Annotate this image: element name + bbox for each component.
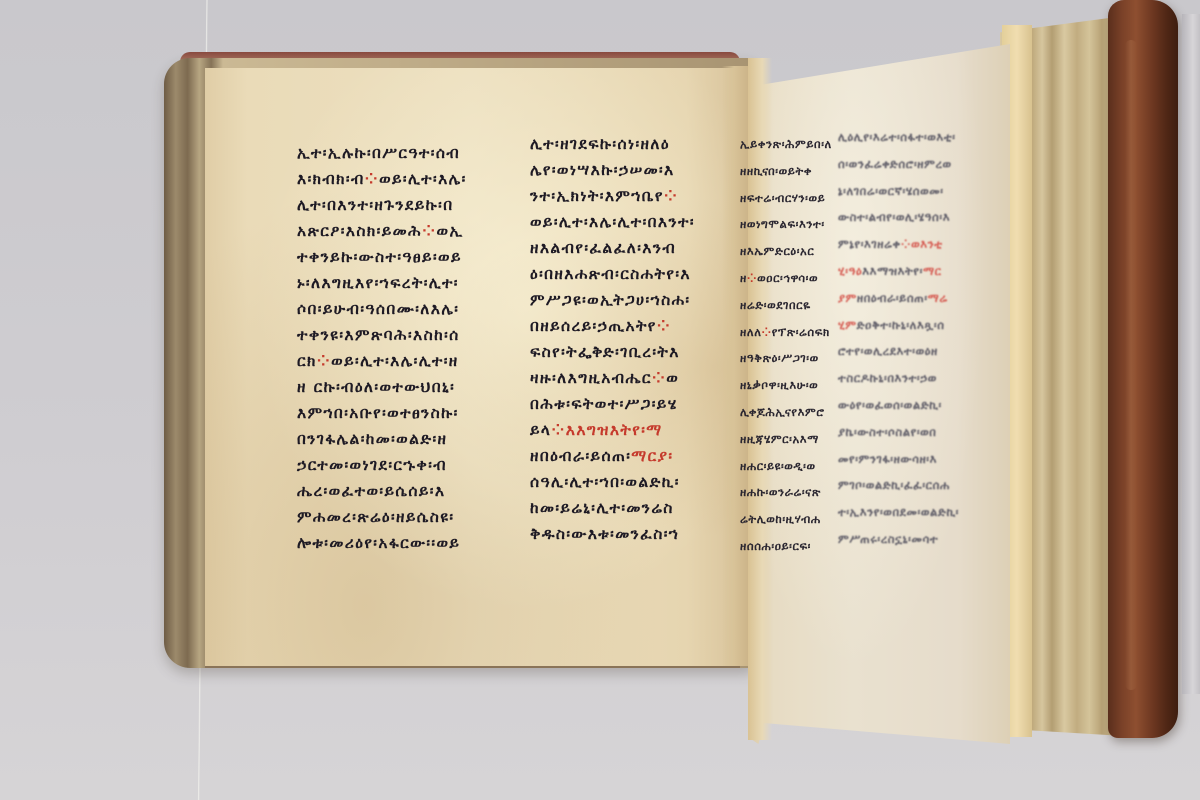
rubric-text: ሂ፡ዓዕ — [838, 264, 862, 278]
text-line: ኢይቀንጽ፡ሕምይበ፡ለ — [740, 131, 832, 158]
line-text: ሌየ፡ወነሣእኩ፡ኃሠመ፡እ — [530, 161, 675, 179]
rubric-text: ሂም — [838, 318, 857, 332]
text-column-c: ኢይቀንጽ፡ሕምይበ፡ለዘዘኪናበ፡ወይትቀዘፍተሬ፡ብርሃን፡ወይዘወነግሞል… — [740, 131, 832, 560]
text-line: ያኬ፡ውስተ፡ሶስልየ፡ወበ — [838, 419, 959, 446]
line-text: ኑ፡ለእግዚእየ፡ኀፍረት፡ሊተ፡ — [297, 274, 459, 292]
display-stand — [1182, 14, 1200, 694]
line-text: ወ — [666, 369, 679, 387]
line-text: ሬትሊወከ፡ዚሃብሐ — [740, 512, 821, 526]
text-line: ዘለለ⁘የፕጽ፡ሬሰፍክ — [740, 319, 832, 346]
text-line: ምሥጋዩ፡ወኢትጋሀ፡ኀስሐ፡ — [530, 287, 695, 313]
line-text: በንገፋሌል፡ከመ፡ወልድ፡ዘ — [297, 430, 447, 448]
line-text: ተ፡ኢእንየ፡ወበደመ፡ወልድኪ፡ — [838, 505, 959, 519]
text-line: ርክ⁘ወይ፡ሊተ፡እሌ፡ሊተ፡ዘ — [297, 348, 467, 374]
text-line: ተቀንይኩ፡ውስተ፡ዓፀይ፡ወይ — [297, 244, 467, 270]
line-text: ወይ፡ሊተ፡እሌ፡ሊተ፡ዘ — [331, 352, 458, 370]
line-text: ዕ፡በዘእሐጽብ፡ርስሐትየ፡እ — [530, 265, 691, 283]
text-line: ዘወነግሞልፍ፡እንተ፡ — [740, 211, 832, 238]
line-text: ምኔየ፡እገዘሬቀ — [838, 237, 901, 251]
text-line: ከመ፡ይሬኒ፡ሊተ፡መንሬስ — [530, 495, 695, 521]
line-text: ፍስየ፡ትፌቅድ፡ገቢረ፡ትእ — [530, 343, 680, 361]
text-line: ሊዕሊየ፡እሬተ፡ሰፋተ፡ወእቲ፡ — [838, 124, 959, 151]
rubric-text: ⁘ — [747, 271, 757, 285]
line-text: ኢይቀንጽ፡ሕምይበ፡ለ — [740, 137, 832, 151]
text-line: ንተ፡ኢክነት፡እምኀቤየ⁘ — [530, 183, 695, 209]
text-line: ሌየ፡ወነሣእኩ፡ኃሠመ፡እ — [530, 157, 695, 183]
line-text: ይላ — [530, 421, 551, 439]
line-text: ዘዘኪናበ፡ወይትቀ — [740, 164, 812, 178]
line-text: ሰዓሊ፡ሊተ፡ኀበ፡ወልድኪ፡ — [530, 473, 680, 491]
text-line: ዘበዕብራ፡ይሰጠ፡ማርያ፡ — [530, 443, 695, 469]
line-text: ወዐር፡ኅዋሳ፡ወ — [757, 271, 818, 285]
text-line: ያምዘበዕብራ፡ይሰጠ፡ማሬ — [838, 285, 959, 312]
text-line: ኃርተመ፡ወነገደ፡ርኁቀ፡ብ — [297, 452, 467, 478]
text-line: ተቀንዩ፡እምጽባሕ፡እስከ፡ሰ — [297, 322, 467, 348]
text-line: ሊተ፡በእንተ፡ዘጉንደይኩ፡በ — [297, 192, 467, 218]
text-line: እ፡ክብክ፡ብ⁘ወይ፡ሊተ፡እሌ፡ — [297, 166, 467, 192]
rubric-text: ⁘ወእንቲ — [901, 237, 943, 251]
line-text: ዘበዕብራ፡ይሰጠ፡ — [530, 447, 631, 465]
line-text: ምሐመረ፡ጽሬዕ፡ዘይሴስዩ፡ — [297, 508, 454, 526]
line-text: ውዕየ፡ወፈወሰ፡ወልድኪ፡ — [838, 398, 942, 412]
text-line: ዘዓቅጽዕ፡ሥጋገ፡ወ — [740, 345, 832, 372]
line-text: ተቀንይኩ፡ውስተ፡ዓፀይ፡ወይ — [297, 248, 462, 266]
text-column-a: ኢተ፡ኢሉኩ፡በሥርዓተ፡ሰብእ፡ክብክ፡ብ⁘ወይ፡ሊተ፡እሌ፡ሊተ፡በእንተ፡… — [297, 140, 467, 556]
text-line: ውስተ፡ልብየ፡ወሊ፡ሄዓሰ፡እ — [838, 204, 959, 231]
line-text: ዘሰሰሐ፡ዐይ፡ርፍ፡ — [740, 539, 811, 553]
rubric-text: ⁘ — [365, 170, 379, 188]
text-line: ኔ፡ለገበሬ፡ወርኛ፡ሄሰወመ፡ — [838, 178, 959, 205]
line-text: ድዐቅተ፡ኩኒ፡ለእጿ፡ሰ — [857, 318, 945, 332]
line-text: ንተ፡ኢክነት፡እምኀቤየ — [530, 187, 664, 205]
text-line: ዘሰሰሐ፡ዐይ፡ርፍ፡ — [740, 533, 832, 560]
line-text: ኔ፡ለገበሬ፡ወርኛ፡ሄሰወመ፡ — [838, 184, 944, 198]
text-column-b: ሊተ፡ዘገደፍኩ፡ሰነ፡ዘለዕሌየ፡ወነሣእኩ፡ኃሠመ፡እንተ፡ኢክነት፡እምኀ… — [530, 131, 695, 547]
line-text: ሔረ፡ወፈተወ፡ይሴሰይ፡እ — [297, 482, 445, 500]
text-line: ፍስየ፡ትፌቅድ፡ገቢረ፡ትእ — [530, 339, 695, 365]
leather-cover-board — [1108, 0, 1178, 738]
line-text: እምኀበ፡አቡየ፡ወተፀንስኩ፡ — [297, 404, 459, 422]
line-text: ዘእልብየ፡ፈልፈለ፡እንብ — [530, 239, 676, 257]
line-text: ሶበ፡ይሁብ፡ዓሰበሙ፡ለእሌ፡ — [297, 300, 459, 318]
text-line: ኑ፡ለእግዚእየ፡ኀፍረት፡ሊተ፡ — [297, 270, 467, 296]
line-text: ርክ — [297, 352, 317, 370]
line-text: ወይ፡ሊተ፡እሌ፡ — [379, 170, 467, 188]
text-line: ዘሬድ፡ወደገበርዬ — [740, 292, 832, 319]
text-line: ሰዓሊ፡ሊተ፡ኀበ፡ወልድኪ፡ — [530, 469, 695, 495]
text-line: በሕቱ፡ፍትወተ፡ሥጋ፡ይሄ — [530, 391, 695, 417]
line-text: ወኢ — [437, 222, 464, 240]
text-line: ሶበ፡ይሁብ፡ዓሰበሙ፡ለእሌ፡ — [297, 296, 467, 322]
line-text: ዘወነግሞልፍ፡እንተ፡ — [740, 217, 825, 231]
line-text: ምሥጋዩ፡ወኢትጋሀ፡ኀስሐ፡ — [530, 291, 691, 309]
line-text: በሕቱ፡ፍትወተ፡ሥጋ፡ይሄ — [530, 395, 678, 413]
line-text: ዘ ርኩ፡ብዕለ፡ወተውህበኒ፡ — [297, 378, 455, 396]
line-text: ውስተ፡ልብየ፡ወሊ፡ሄዓሰ፡እ — [838, 210, 950, 224]
text-line: ዘዚጃሄምር፡አእማ — [740, 426, 832, 453]
rubric-text: ⁘ — [652, 369, 666, 387]
line-text: ዘለለ — [740, 325, 762, 339]
text-line: ሊተ፡ዘገደፍኩ፡ሰነ፡ዘለዕ — [530, 131, 695, 157]
line-text: ሊተ፡በእንተ፡ዘጉንደይኩ፡በ — [297, 196, 454, 214]
line-text: ዘዚጃሄምር፡አእማ — [740, 432, 819, 446]
rubric-text: ⁘ — [762, 325, 772, 339]
rubric-text: ማርያ፡ — [631, 447, 673, 465]
line-text: በዘይሰረይ፡ኃጢአትየ — [530, 317, 657, 335]
text-line: ምሥጠሩ፡ረስኗኒ፡መሳተ — [838, 526, 959, 553]
text-line: ምሐመረ፡ጽሬዕ፡ዘይሴስዩ፡ — [297, 504, 467, 530]
text-line: ዘሐኩ፡ወንራሬ፡ናጽ — [740, 479, 832, 506]
text-line: ውዕየ፡ወፈወሰ፡ወልድኪ፡ — [838, 392, 959, 419]
line-text: እእማዝእትየ፡ — [862, 264, 923, 278]
rubric-text: ማር — [923, 264, 942, 278]
line-text: መየ፡ምንገፋ፡ዘውሳዘ፡እ — [838, 452, 937, 466]
text-line: መየ፡ምንገፋ፡ዘውሳዘ፡እ — [838, 446, 959, 473]
line-text: ወይ፡ሊተ፡እሌ፡ሊተ፡በእንተ፡ — [530, 213, 695, 231]
line-text: ያኬ፡ውስተ፡ሶስልየ፡ወበ — [838, 425, 937, 439]
line-text: ሰ፡ወንፈሬቀድሰሮ፡ዘምረወ — [838, 157, 952, 171]
text-column-d: ሊዕሊየ፡እሬተ፡ሰፋተ፡ወእቲ፡ሰ፡ወንፈሬቀድሰሮ፡ዘምረወኔ፡ለገበሬ፡ወ… — [838, 124, 959, 553]
line-text: ዛዙ፡ለእግዚአብሔር — [530, 369, 652, 387]
line-text: ዘ — [740, 271, 747, 285]
text-line: ኢተ፡ኢሉኩ፡በሥርዓተ፡ሰብ — [297, 140, 467, 166]
line-text: ተስርዶኩኒ፡በእንተ፡ኃወ — [838, 371, 937, 385]
text-line: ተስርዶኩኒ፡በእንተ፡ኃወ — [838, 365, 959, 392]
rubric-text: ያም — [838, 291, 857, 305]
text-line: ዘ ርኩ፡ብዕለ፡ወተውህበኒ፡ — [297, 374, 467, 400]
line-text: ዘሐኩ፡ወንራሬ፡ናጽ — [740, 485, 821, 499]
text-line: አጽርዖ፡እስክ፡ይመሕ⁘ወኢ — [297, 218, 467, 244]
text-line: በንገፋሌል፡ከመ፡ወልድ፡ዘ — [297, 426, 467, 452]
rubric-text: ⁘ — [551, 421, 565, 439]
text-line: እምኀበ፡አቡየ፡ወተፀንስኩ፡ — [297, 400, 467, 426]
line-text: ከመ፡ይሬኒ፡ሊተ፡መንሬስ — [530, 499, 674, 517]
cover-highlight — [1125, 40, 1137, 690]
line-text: ዘበዕብራ፡ይሰጠ፡ — [857, 291, 928, 305]
text-line: ተ፡ኢእንየ፡ወበደመ፡ወልድኪ፡ — [838, 499, 959, 526]
text-line: ሊቀጆሕኢናየእምሮ — [740, 399, 832, 426]
line-text: ተቀንዩ፡እምጽባሕ፡እስከ፡ሰ — [297, 326, 460, 344]
line-text: ዘዓቅጽዕ፡ሥጋገ፡ወ — [740, 351, 819, 365]
rubric-text: ⁘ — [657, 317, 671, 335]
text-line: ሬትሊወከ፡ዚሃብሐ — [740, 506, 832, 533]
line-text: ዘእኤምድርዕ፡አር — [740, 244, 814, 258]
line-text: ኃርተመ፡ወነገደ፡ርኁቀ፡ብ — [297, 456, 447, 474]
text-line: ሮተየ፡ወሊረደእተ፡ወዕዘ — [838, 338, 959, 365]
line-text: ምገቦ፡ወልድኪ፡ፈፈ፡ርሰሐ — [838, 478, 950, 492]
line-text: ዘኒቃቦዋ፡ዚእሁ፡ወ — [740, 378, 818, 392]
line-text: እ፡ክብክ፡ብ — [297, 170, 365, 188]
line-text: ሊቀጆሕኢናየእምሮ — [740, 405, 825, 419]
rubric-text: እእግዝእትየ፡ማ — [566, 421, 663, 439]
text-line: ወይ፡ሊተ፡እሌ፡ሊተ፡በእንተ፡ — [530, 209, 695, 235]
line-text: ቅዱስ፡ውእቱ፡መንፈስ፡ኀ — [530, 525, 679, 543]
text-line: ዘዘኪናበ፡ወይትቀ — [740, 158, 832, 185]
text-line: ዘኒቃቦዋ፡ዚእሁ፡ወ — [740, 372, 832, 399]
text-line: ዕ፡በዘእሐጽብ፡ርስሐትየ፡እ — [530, 261, 695, 287]
text-line: ሎቱ፡መሪዕየ፡አፋርው፡፡ወይ — [297, 530, 467, 556]
text-line: ዘፍተሬ፡ብርሃን፡ወይ — [740, 185, 832, 212]
line-text: ዘፍተሬ፡ብርሃን፡ወይ — [740, 191, 825, 205]
line-text: ሎቱ፡መሪዕየ፡አፋርው፡፡ወይ — [297, 534, 460, 552]
line-text: አጽርዖ፡እስክ፡ይመሕ — [297, 222, 422, 240]
line-text: ዘሐር፡ይዩ፡ወዲ፡ወ — [740, 459, 816, 473]
text-line: ቅዱስ፡ውእቱ፡መንፈስ፡ኀ — [530, 521, 695, 547]
text-line: ሂ፡ዓዕእእማዝእትየ፡ማር — [838, 258, 959, 285]
rubric-text: ማሬ — [928, 291, 948, 305]
text-line: ሰ፡ወንፈሬቀድሰሮ፡ዘምረወ — [838, 151, 959, 178]
text-line: ምገቦ፡ወልድኪ፡ፈፈ፡ርሰሐ — [838, 472, 959, 499]
line-text: ሮተየ፡ወሊረደእተ፡ወዕዘ — [838, 344, 938, 358]
text-line: በዘይሰረይ፡ኃጢአትየ⁘ — [530, 313, 695, 339]
text-line: ሔረ፡ወፈተወ፡ይሴሰይ፡እ — [297, 478, 467, 504]
line-text: ኢተ፡ኢሉኩ፡በሥርዓተ፡ሰብ — [297, 144, 460, 162]
text-line: ዘሐር፡ይዩ፡ወዲ፡ወ — [740, 453, 832, 480]
line-text: ሊዕሊየ፡እሬተ፡ሰፋተ፡ወእቲ፡ — [838, 130, 956, 144]
text-line: ሂምድዐቅተ፡ኩኒ፡ለእጿ፡ሰ — [838, 312, 959, 339]
rubric-text: ⁘ — [422, 222, 436, 240]
line-text: ዘሬድ፡ወደገበርዬ — [740, 298, 811, 312]
rubric-text: ⁘ — [664, 187, 678, 205]
text-line: ዘእልብየ፡ፈልፈለ፡እንብ — [530, 235, 695, 261]
text-line: ይላ⁘እእግዝእትየ፡ማ — [530, 417, 695, 443]
line-text: ምሥጠሩ፡ረስኗኒ፡መሳተ — [838, 532, 938, 546]
text-line: ዛዙ፡ለእግዚአብሔር⁘ወ — [530, 365, 695, 391]
text-line: ዘ⁘ወዐር፡ኅዋሳ፡ወ — [740, 265, 832, 292]
line-text: የፕጽ፡ሬሰፍክ — [772, 325, 830, 339]
rubric-text: ⁘ — [317, 352, 331, 370]
line-text: ሊተ፡ዘገደፍኩ፡ሰነ፡ዘለዕ — [530, 135, 670, 153]
text-line: ምኔየ፡እገዘሬቀ⁘ወእንቲ — [838, 231, 959, 258]
text-line: ዘእኤምድርዕ፡አር — [740, 238, 832, 265]
